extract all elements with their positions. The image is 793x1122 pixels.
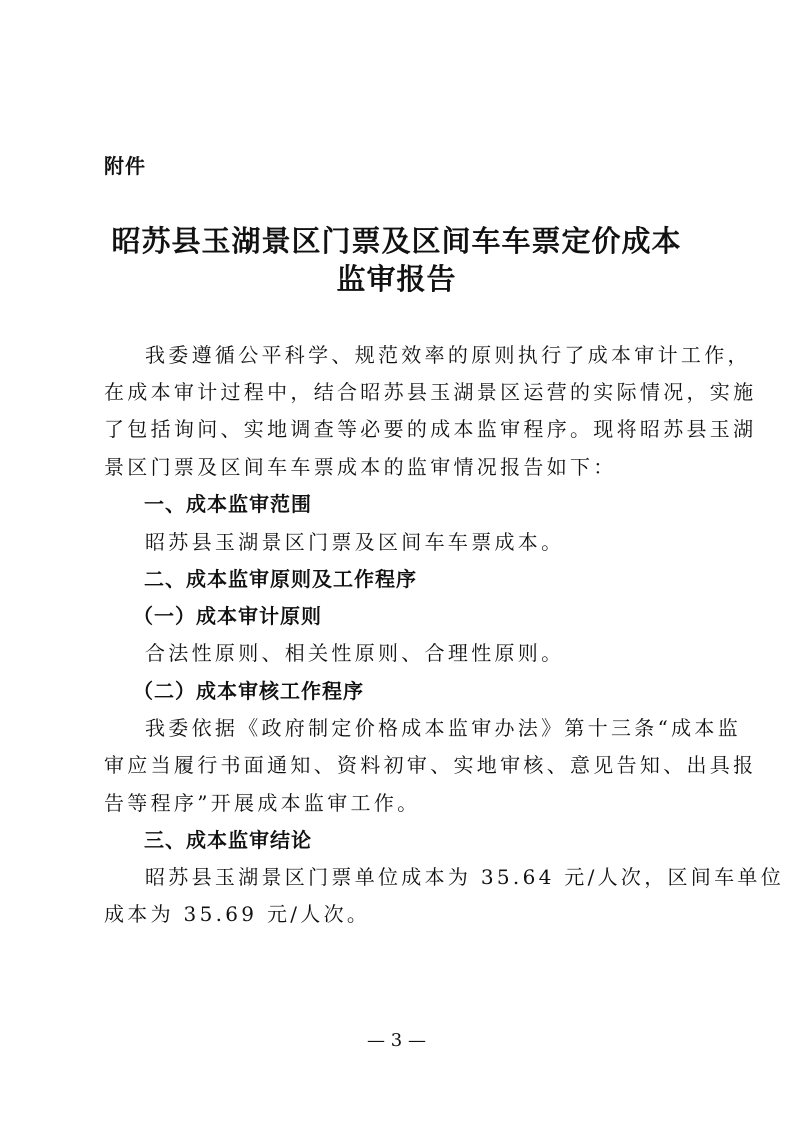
intro-line-3: 了包括询问、实地调查等必要的成本监审程序。现将昭苏县玉湖 — [104, 413, 689, 442]
section2-sub2-line-3: 告等程序”开展成本监审工作。 — [104, 787, 689, 816]
section1-heading: 一、成本监审范围 — [144, 488, 312, 517]
intro-line-2: 在成本审计过程中，结合昭苏县玉湖景区运营的实际情况，实施 — [104, 376, 689, 405]
section2-heading: 二、成本监审原则及工作程序 — [144, 563, 417, 592]
intro-line-4: 景区门票及区间车车票成本的监审情况报告如下： — [104, 451, 689, 480]
section2-sub1-body: 合法性原则、相关性原则、合理性原则。 — [145, 637, 730, 666]
section3-heading: 三、成本监审结论 — [144, 824, 312, 853]
section2-sub1-heading: （一）成本审计原则 — [133, 600, 322, 629]
page-number: — 3 — — [0, 1030, 793, 1051]
section2-sub2-heading: （二）成本审核工作程序 — [133, 675, 364, 704]
section1-body: 昭苏县玉湖景区门票及区间车车票成本。 — [145, 526, 730, 555]
document-title-line2: 监审报告 — [60, 260, 733, 298]
section3-line-2: 成本为 35.69 元/人次。 — [104, 898, 689, 927]
intro-line-1: 我委遵循公平科学、规范效率的原则执行了成本审计工作， — [145, 339, 689, 368]
section3-line-1: 昭苏县玉湖景区门票单位成本为 35.64 元/人次，区间车单位 — [145, 861, 689, 890]
section2-sub2-line-2: 审应当履行书面通知、资料初审、实地审核、意见告知、出具报 — [104, 749, 689, 778]
attachment-label: 附件 — [104, 150, 146, 179]
section2-sub2-line-1: 我委依据《政府制定价格成本监审办法》第十三条“成本监 — [145, 712, 689, 741]
document-title-line1: 昭苏县玉湖景区门票及区间车车票定价成本 — [60, 222, 733, 260]
document-page: 附件 昭苏县玉湖景区门票及区间车车票定价成本 监审报告 我委遵循公平科学、规范效… — [0, 0, 793, 1122]
